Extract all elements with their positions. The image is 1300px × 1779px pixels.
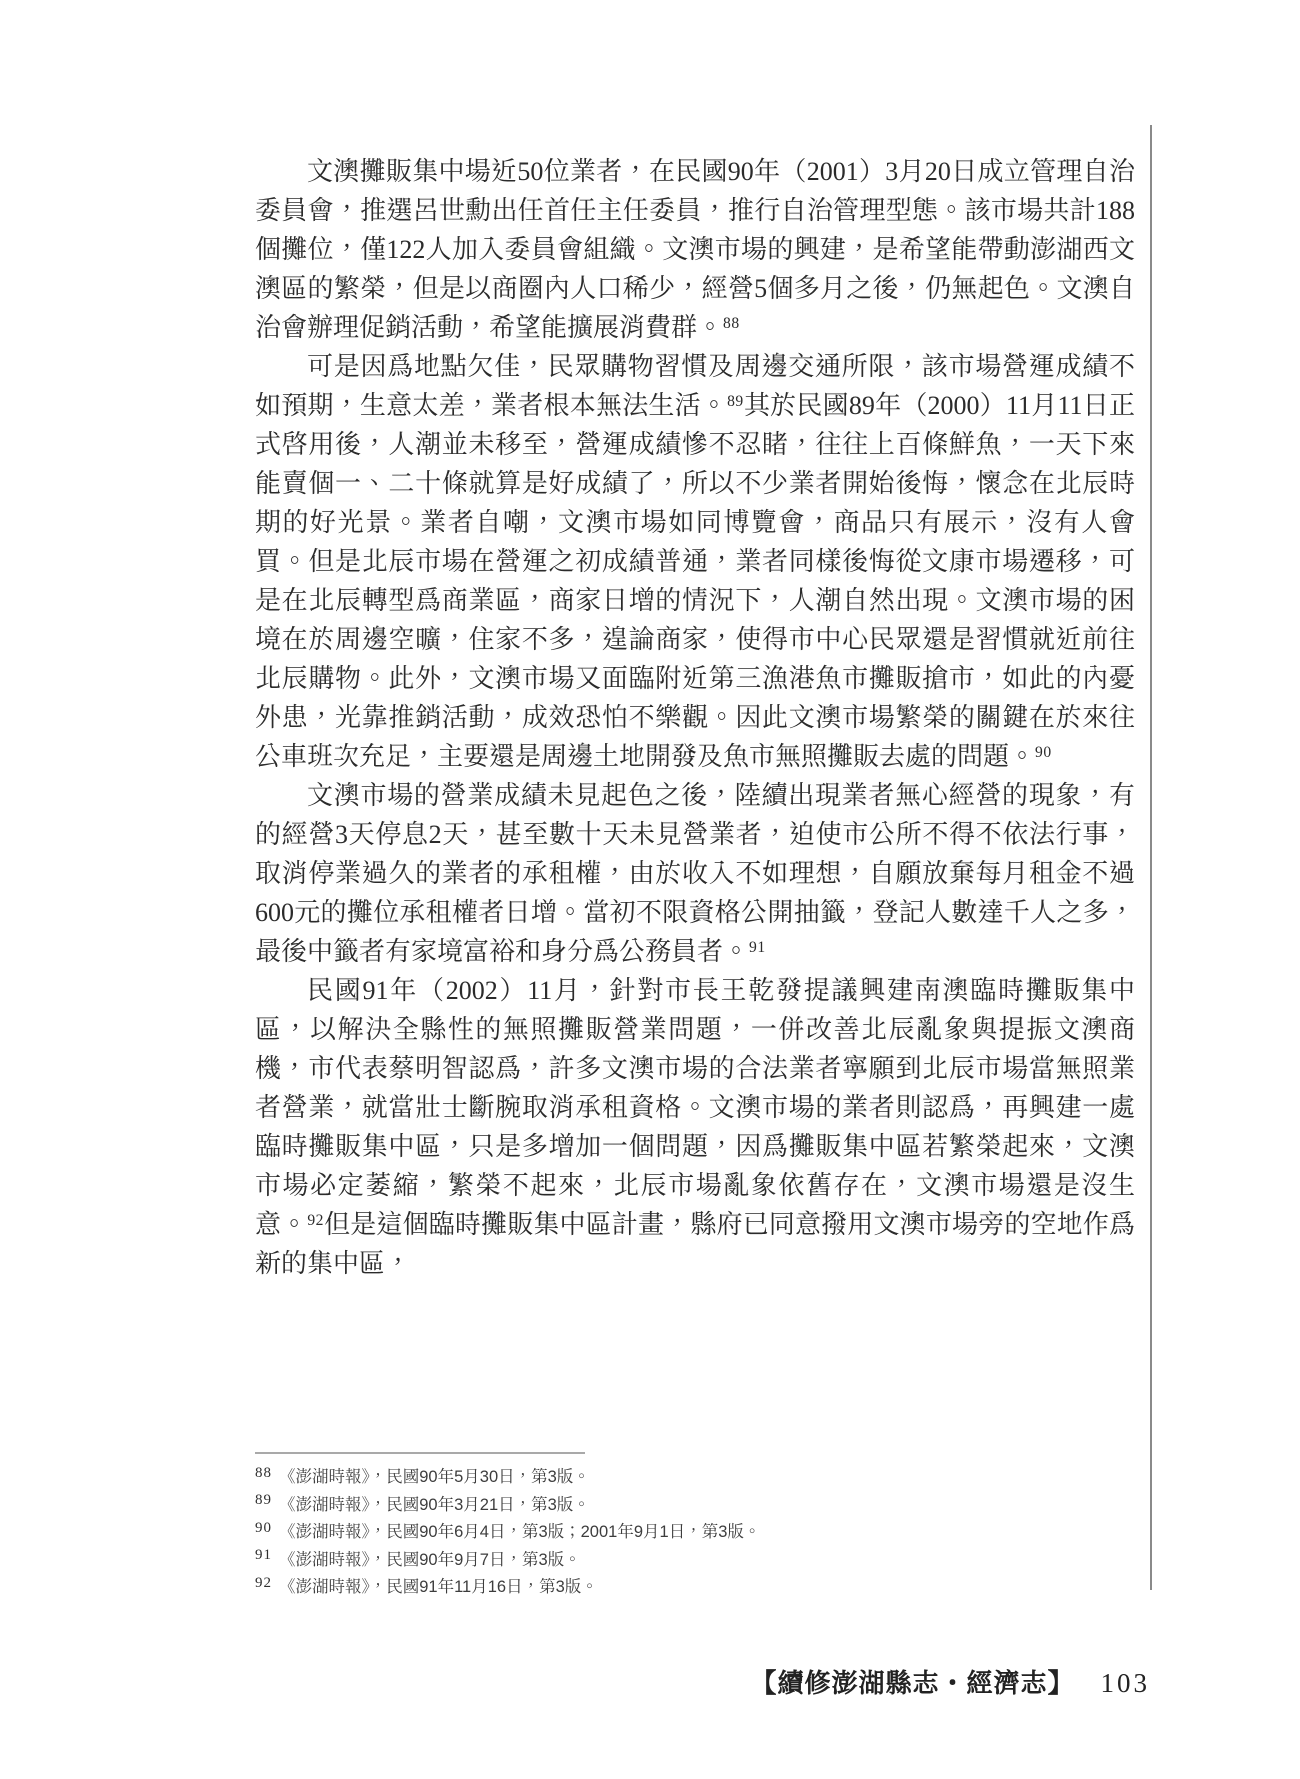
footnotes: 88《澎湖時報》，民國90年5月30日，第3版。89《澎湖時報》，民國90年3月… [255,1464,1150,1602]
footnote-separator [255,1452,585,1454]
footnote-number: 92 [255,1575,272,1591]
footnote: 90《澎湖時報》，民國90年6月4日，第3版；2001年9月1日，第3版。 [255,1519,1150,1547]
page-number: 103 [1101,1668,1151,1698]
footnote-reference: 92 [307,1212,324,1229]
paragraph-text: 文澳攤販集中場近50位業者，在民國90年（2001）3月20日成立管理自治委員會… [255,157,1135,342]
footnote-text: 《澎湖時報》，民國91年11月16日，第3版。 [279,1578,598,1596]
paragraph: 可是因爲地點欠佳，民眾購物習慣及周邊交通所限，該市場營運成績不如預期，生意太差，… [255,347,1135,776]
book-title: 【續修澎湖縣志・經濟志】 [750,1669,1074,1698]
footnote-number: 89 [255,1492,272,1508]
body-text: 文澳攤販集中場近50位業者，在民國90年（2001）3月20日成立管理自治委員會… [255,152,1135,1283]
footnote: 92《澎湖時報》，民國91年11月16日，第3版。 [255,1574,1150,1602]
footnote: 88《澎湖時報》，民國90年5月30日，第3版。 [255,1464,1150,1492]
paragraph-text: 民國91年（2002）11月，針對市長王乾發提議興建南澳臨時攤販集中區，以解決全… [255,976,1135,1239]
footnote-number: 88 [255,1465,272,1481]
footnote-text: 《澎湖時報》，民國90年9月7日，第3版。 [279,1551,581,1569]
paragraph-text: 但是這個臨時攤販集中區計畫，縣府已同意撥用文澳市場旁的空地作爲新的集中區， [255,1210,1135,1278]
page-footer: 【續修澎湖縣志・經濟志】103 [255,1666,1150,1701]
footnote-reference: 91 [749,939,766,956]
paragraph-text: 文澳市場的營業成績未見起色之後，陸續出現業者無心經營的現象，有的經營3天停息2天… [255,781,1135,966]
paragraph: 文澳市場的營業成績未見起色之後，陸續出現業者無心經營的現象，有的經營3天停息2天… [255,776,1135,971]
footnote-number: 91 [255,1547,272,1563]
book-page: 文澳攤販集中場近50位業者，在民國90年（2001）3月20日成立管理自治委員會… [0,0,1300,1779]
footnote: 91《澎湖時報》，民國90年9月7日，第3版。 [255,1547,1150,1575]
paragraph: 民國91年（2002）11月，針對市長王乾發提議興建南澳臨時攤販集中區，以解決全… [255,971,1135,1283]
footnote-reference: 90 [1035,744,1052,761]
page-right-rule [1150,125,1152,1590]
footnote: 89《澎湖時報》，民國90年3月21日，第3版。 [255,1492,1150,1520]
footnote-text: 《澎湖時報》，民國90年5月30日，第3版。 [279,1468,590,1486]
footnote-number: 90 [255,1520,272,1536]
footnote-reference: 89 [727,393,744,410]
footnote-reference: 88 [723,315,740,332]
footnote-text: 《澎湖時報》，民國90年3月21日，第3版。 [279,1496,590,1514]
footnote-text: 《澎湖時報》，民國90年6月4日，第3版；2001年9月1日，第3版。 [279,1523,760,1541]
paragraph-text: 其於民國89年（2000）11月11日正式啓用後，人潮並未移至，營運成績慘不忍睹… [255,391,1135,771]
paragraph: 文澳攤販集中場近50位業者，在民國90年（2001）3月20日成立管理自治委員會… [255,152,1135,347]
